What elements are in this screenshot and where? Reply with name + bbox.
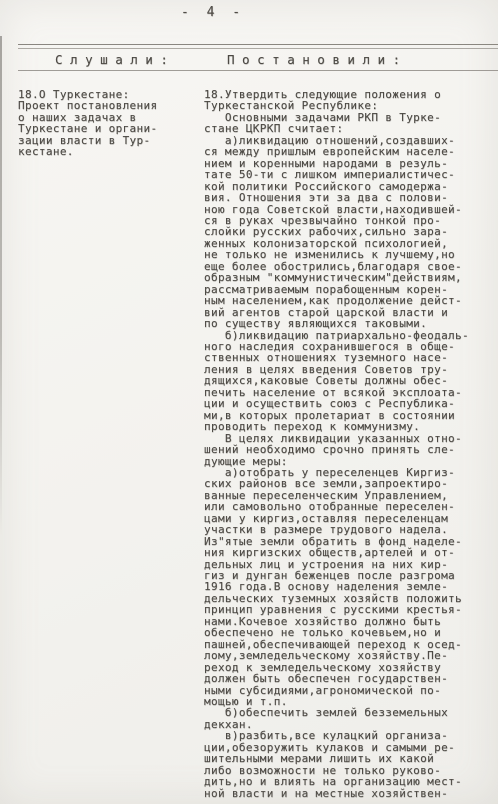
text-line: должен быть обеспечен государствен-: [204, 673, 496, 684]
text-line: по существу являющихся таковыми.: [204, 318, 496, 329]
text-line: ции и осуществить союз с Республика-: [204, 398, 496, 409]
page-number: - 4 -: [181, 5, 245, 20]
agenda-item-text: 18.О Туркестане:Проект постановленияо на…: [18, 89, 200, 158]
resolution-text: 18.Утвердить следующие положения оТуркес…: [204, 89, 496, 799]
text-line: проводить переход к коммунизму.: [204, 421, 496, 432]
header-bottom-rule: [18, 70, 498, 71]
text-line: кестане.: [18, 146, 200, 157]
scan-edge-artifact: [0, 36, 2, 536]
text-line: ся между пришлым европейским населе-: [204, 146, 496, 157]
text-line: участки в размере трудового надела.: [204, 524, 496, 535]
text-line: тате 50-ти с лишком империалистичес-: [204, 169, 496, 180]
text-line: ным населением,как продолжение дейст-: [204, 295, 496, 306]
document-page: - 4 - С л у ш а л и : П о с т а н о в и …: [0, 0, 498, 804]
text-line: ния киргизских обществ,артелей и от-: [204, 547, 496, 558]
text-line: лому,земледельческому хозяйству.Пе-: [204, 650, 496, 661]
text-line: дить,но и влиять на организацию мест-: [204, 776, 496, 787]
text-line: ной власти и на местные хозяйствен-: [204, 788, 496, 799]
text-line: шений необходимо срочно принять сле-: [204, 444, 496, 455]
text-line: вия. Отношения эти за два с полови-: [204, 192, 496, 203]
text-line: образным "коммунистическим"действиям,: [204, 272, 496, 283]
column-header-heard: С л у ш а л и :: [55, 52, 168, 67]
column-header-resolved: П о с т а н о в и л и :: [227, 52, 400, 67]
header-top-rule: [18, 44, 498, 49]
